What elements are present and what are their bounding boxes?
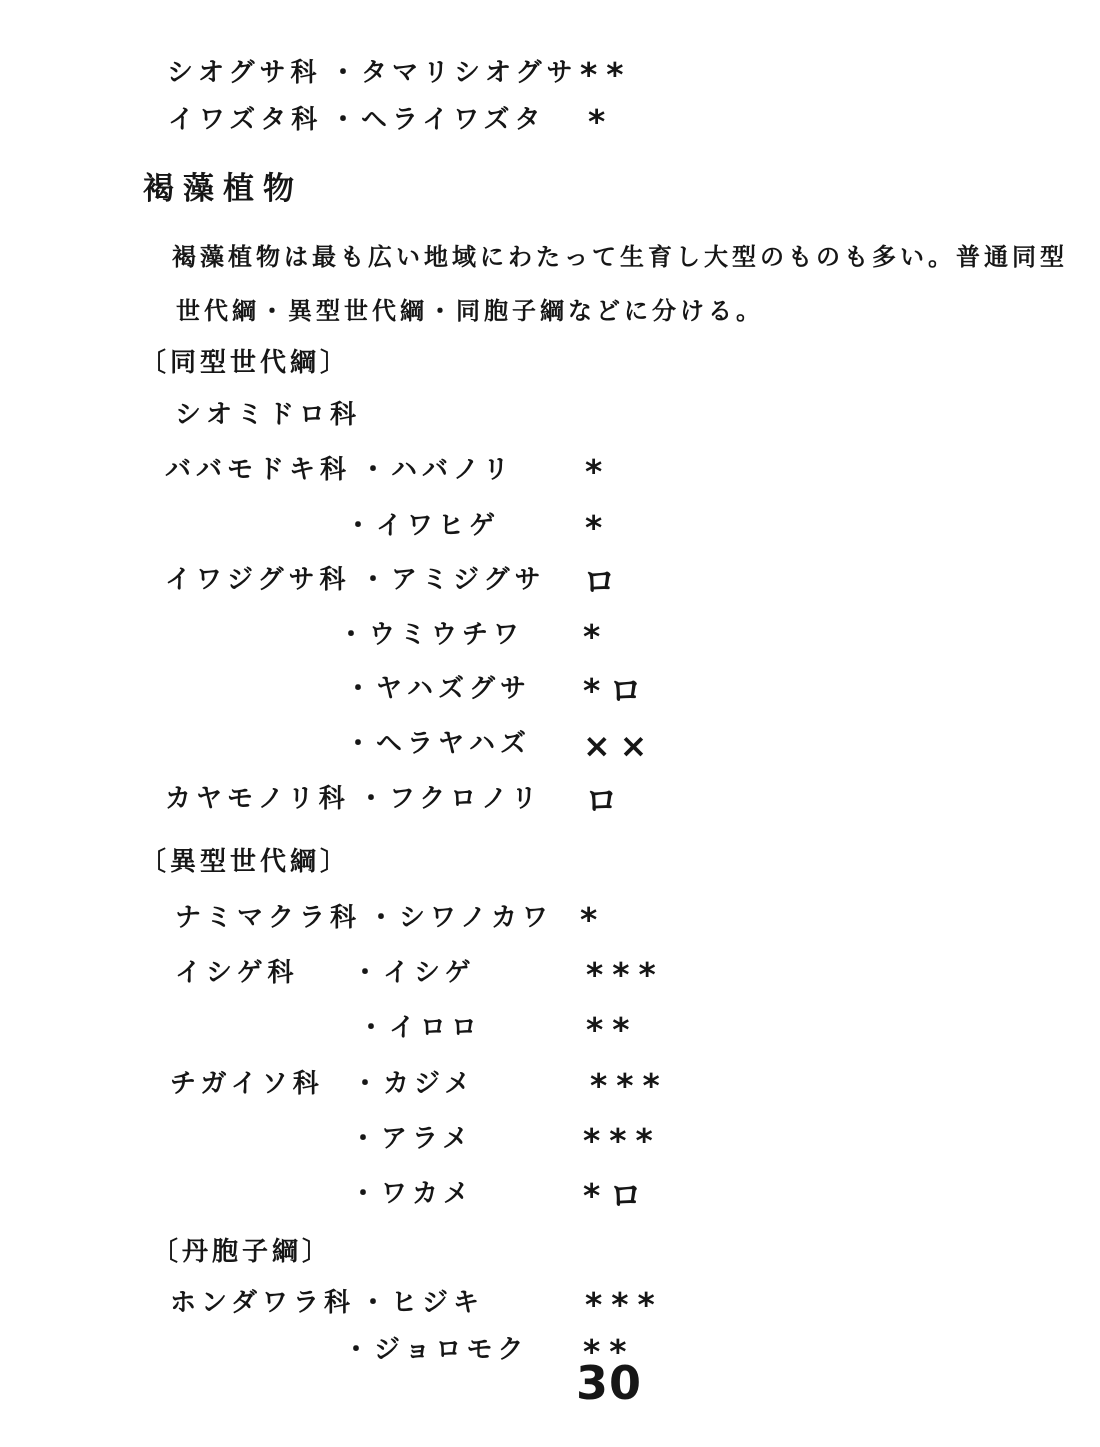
table-row: ナミマクラ科 ・シワノカワ * — [0, 900, 1100, 942]
table-row: シオグサ科 ・タマリシオグサ ** — [0, 55, 1100, 97]
page-number: 30 — [576, 1356, 642, 1410]
species-name: ・ヒジキ — [360, 1285, 484, 1321]
abundance-marks: *ロ — [583, 671, 651, 711]
species-name: ・イワヒゲ — [345, 508, 500, 544]
species-name: ・タマリシオグサ — [330, 55, 577, 91]
abundance-marks: ×× — [583, 726, 656, 766]
abundance-marks: *ロ — [583, 1176, 651, 1216]
table-row: ・ヤハズグサ *ロ — [0, 671, 1100, 713]
table-row: イワズタ科 ・ヘライワズタ * — [0, 102, 1100, 144]
species-name: ・ヘラヤハズ — [345, 726, 531, 762]
abundance-marks: * — [585, 508, 611, 548]
family-name: イワジグサ科 — [165, 562, 350, 598]
family-name: カヤモノリ科 — [165, 781, 350, 817]
family-name: シオミドロ科 — [175, 397, 361, 433]
page-title: 褐藻植物 — [143, 163, 303, 208]
species-name: ・ハバノリ — [360, 452, 514, 488]
abundance-marks: *** — [585, 1285, 664, 1325]
species-name: ・イシゲ — [352, 955, 475, 991]
section-heading: 〔丹胞子綱〕 — [152, 1231, 332, 1268]
table-row: ババモドキ科 ・ハバノリ * — [0, 452, 1100, 494]
abundance-marks: * — [585, 452, 611, 492]
family-name: イシゲ科 — [175, 955, 298, 991]
family-name: シオグサ科 — [167, 55, 321, 91]
family-name: ババモドキ科 — [165, 452, 351, 488]
family-name: ナミマクラ科 — [175, 900, 361, 936]
species-name: ・シワノカワ — [368, 900, 553, 936]
abundance-marks: *** — [590, 1066, 669, 1106]
species-name: ・カジメ — [352, 1066, 475, 1102]
species-name: ・ウミウチワ — [338, 617, 524, 653]
table-row: カヤモノリ科 ・フクロノリ ロ — [0, 781, 1100, 823]
table-row: ・ジョロモク ** — [0, 1332, 1100, 1374]
table-row: シオミドロ科 — [0, 397, 1100, 439]
table-row: ・イロロ ** — [0, 1010, 1100, 1052]
table-row: イワジグサ科 ・アミジグサ ロ — [0, 562, 1100, 604]
species-name: ・ヘライワズタ — [330, 102, 545, 138]
species-name: ・ジョロモク — [343, 1332, 528, 1368]
species-name: ・フクロノリ — [358, 781, 542, 817]
species-name: ・ワカメ — [350, 1176, 474, 1212]
table-row: チガイソ科 ・カジメ *** — [0, 1066, 1100, 1108]
species-name: ・イロロ — [358, 1010, 482, 1046]
family-name: チガイソ科 — [170, 1066, 324, 1102]
abundance-marks: * — [583, 617, 609, 657]
species-name: ・ヤハズグサ — [345, 671, 531, 707]
abundance-marks: ** — [586, 1010, 639, 1050]
abundance-marks: *** — [586, 955, 665, 995]
abundance-marks: *** — [583, 1121, 662, 1161]
abundance-marks: * — [580, 900, 606, 940]
table-row: ・イワヒゲ * — [0, 508, 1100, 550]
family-name: イワズタ科 — [168, 102, 322, 138]
species-name: ・アラメ — [350, 1121, 473, 1157]
table-row: ・ヘラヤハズ ×× — [0, 726, 1100, 768]
table-row: イシゲ科 ・イシゲ *** — [0, 955, 1100, 997]
intro-line: 世代綱・異型世代綱・同胞子綱などに分ける。 — [176, 291, 764, 326]
table-row: ホンダワラ科 ・ヒジキ *** — [0, 1285, 1100, 1327]
species-name: ・アミジグサ — [360, 562, 545, 598]
document-page: シオグサ科 ・タマリシオグサ ** イワズタ科 ・ヘライワズタ * 褐藻植物 褐… — [0, 0, 1100, 1447]
abundance-marks: * — [588, 102, 614, 142]
abundance-marks: ロ — [583, 562, 625, 602]
table-row: ・ワカメ *ロ — [0, 1176, 1100, 1218]
section-heading: 〔同型世代綱〕 — [140, 342, 350, 379]
abundance-marks: ロ — [585, 781, 627, 821]
table-row: ・アラメ *** — [0, 1121, 1100, 1163]
abundance-marks: ** — [580, 55, 633, 95]
intro-line: 褐藻植物は最も広い地域にわたって生育し大型のものも多い。普通同型 — [172, 237, 1068, 272]
table-row: ・ウミウチワ * — [0, 617, 1100, 659]
section-heading: 〔異型世代綱〕 — [140, 841, 350, 878]
family-name: ホンダワラ科 — [170, 1285, 355, 1321]
